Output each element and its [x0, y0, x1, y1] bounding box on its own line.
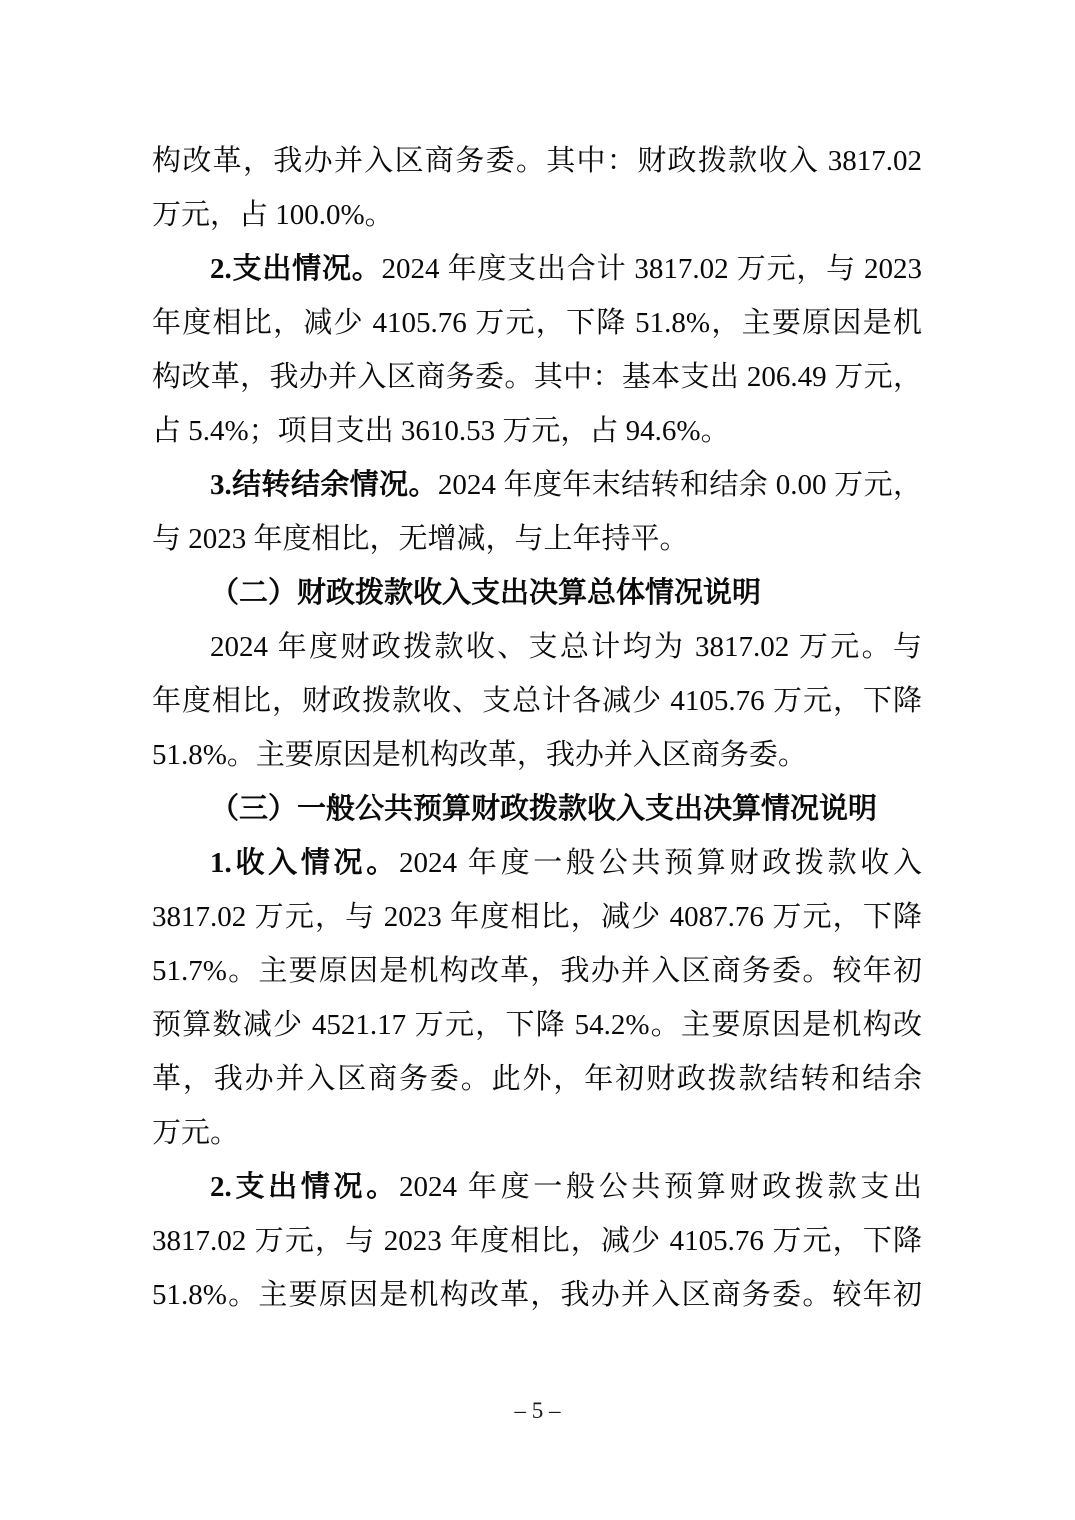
document-body: 构改革，我办并入区商务委。其中：财政拨款收入 3817.02 万元，占 100.… — [152, 134, 922, 1322]
text-run: 万元，占 100.0%。 — [152, 199, 394, 231]
text-run: 万元。 — [152, 1117, 239, 1149]
text-run: 预算数减少 4521.17 万元，下降 54.2%。主要原因是机构改 — [152, 1009, 922, 1041]
body-text-line: 占 5.4%；项目支出 3610.53 万元，占 94.6%。 — [152, 404, 922, 458]
text-run: 占 5.4%；项目支出 3610.53 万元，占 94.6%。 — [152, 415, 730, 447]
body-text-line: 万元，占 100.0%。 — [152, 188, 922, 242]
body-text-line: 万元。 — [152, 1106, 922, 1160]
text-run-bold: 1.收入情况。 — [210, 847, 399, 879]
body-text-line: 预算数减少 4521.17 万元，下降 54.2%。主要原因是机构改 — [152, 998, 922, 1052]
text-run: 构改革，我办并入区商务委。其中：基本支出 206.49 万元， — [152, 361, 922, 393]
text-run: 2024 年度支出合计 3817.02 万元，与 2023 — [382, 253, 922, 285]
body-text-line: 51.8%。主要原因是机构改革，我办并入区商务委。 — [152, 728, 922, 782]
text-run: 2024 年度一般公共预算财政拨款支出 — [399, 1171, 922, 1203]
body-text-line: 51.8%。主要原因是机构改革，我办并入区商务委。较年初 — [152, 1268, 922, 1322]
body-text-line: 构改革，我办并入区商务委。其中：财政拨款收入 3817.02 — [152, 134, 922, 188]
text-run-bold: 2.支出情况。 — [210, 1171, 399, 1203]
body-text-line: 构改革，我办并入区商务委。其中：基本支出 206.49 万元， — [152, 350, 922, 404]
text-run: 3817.02 万元，与 2023 年度相比，减少 4105.76 万元，下降 — [152, 1225, 922, 1257]
document-page: 构改革，我办并入区商务委。其中：财政拨款收入 3817.02 万元，占 100.… — [0, 0, 1075, 1520]
text-run: 2024 年度财政拨款收、支总计均为 3817.02 万元。与 2023 — [152, 631, 922, 674]
text-run-bold: 3.结转结余情况。 — [210, 469, 438, 501]
body-text-line: 3.结转结余情况。2024 年度年末结转和结余 0.00 万元， — [152, 458, 922, 512]
text-run: 与 2023 年度相比，无增减，与上年持平。 — [152, 523, 689, 555]
body-text-line: 2.支出情况。2024 年度一般公共预算财政拨款支出 — [152, 1160, 922, 1214]
text-run: 革，我办并入区商务委。此外，年初财政拨款结转和结余 0.00 — [152, 1063, 922, 1106]
text-run: 51.7%。主要原因是机构改革，我办并入区商务委。较年初 — [152, 955, 922, 987]
body-text-line: 1.收入情况。2024 年度一般公共预算财政拨款收入 — [152, 836, 922, 890]
body-text-line: 年度相比，财政拨款收、支总计各减少 4105.76 万元，下降 — [152, 674, 922, 728]
text-run: 2024 年度年末结转和结余 0.00 万元， — [438, 469, 922, 501]
body-text-line: 与 2023 年度相比，无增减，与上年持平。 — [152, 512, 922, 566]
body-text-line: 年度相比，减少 4105.76 万元，下降 51.8%，主要原因是机 — [152, 296, 922, 350]
section-heading-2: （二）财政拨款收入支出决算总体情况说明 — [152, 566, 922, 620]
text-run: 51.8%。主要原因是机构改革，我办并入区商务委。 — [152, 739, 807, 771]
page-number: – 5 – — [0, 1398, 1075, 1424]
body-text-line: 2024 年度财政拨款收、支总计均为 3817.02 万元。与 2023 — [152, 620, 922, 674]
section-heading-3: （三）一般公共预算财政拨款收入支出决算情况说明 — [152, 782, 922, 836]
text-run: 年度相比，减少 4105.76 万元，下降 51.8%，主要原因是机 — [152, 307, 922, 339]
body-text-line: 2.支出情况。2024 年度支出合计 3817.02 万元，与 2023 — [152, 242, 922, 296]
text-run: 51.8%。主要原因是机构改革，我办并入区商务委。较年初 — [152, 1279, 922, 1311]
text-run: 3817.02 万元，与 2023 年度相比，减少 4087.76 万元，下降 — [152, 901, 922, 933]
text-run-bold: （三）一般公共预算财政拨款收入支出决算情况说明 — [210, 793, 877, 825]
body-text-line: 3817.02 万元，与 2023 年度相比，减少 4105.76 万元，下降 — [152, 1214, 922, 1268]
text-run-bold: （二）财政拨款收入支出决算总体情况说明 — [210, 577, 761, 609]
text-run: 构改革，我办并入区商务委。其中：财政拨款收入 3817.02 — [152, 145, 922, 177]
text-run-bold: 2.支出情况。 — [210, 253, 382, 285]
body-text-line: 51.7%。主要原因是机构改革，我办并入区商务委。较年初 — [152, 944, 922, 998]
body-text-line: 革，我办并入区商务委。此外，年初财政拨款结转和结余 0.00 — [152, 1052, 922, 1106]
text-run: 2024 年度一般公共预算财政拨款收入 — [399, 847, 922, 879]
text-run: 年度相比，财政拨款收、支总计各减少 4105.76 万元，下降 — [152, 685, 922, 717]
body-text-line: 3817.02 万元，与 2023 年度相比，减少 4087.76 万元，下降 — [152, 890, 922, 944]
